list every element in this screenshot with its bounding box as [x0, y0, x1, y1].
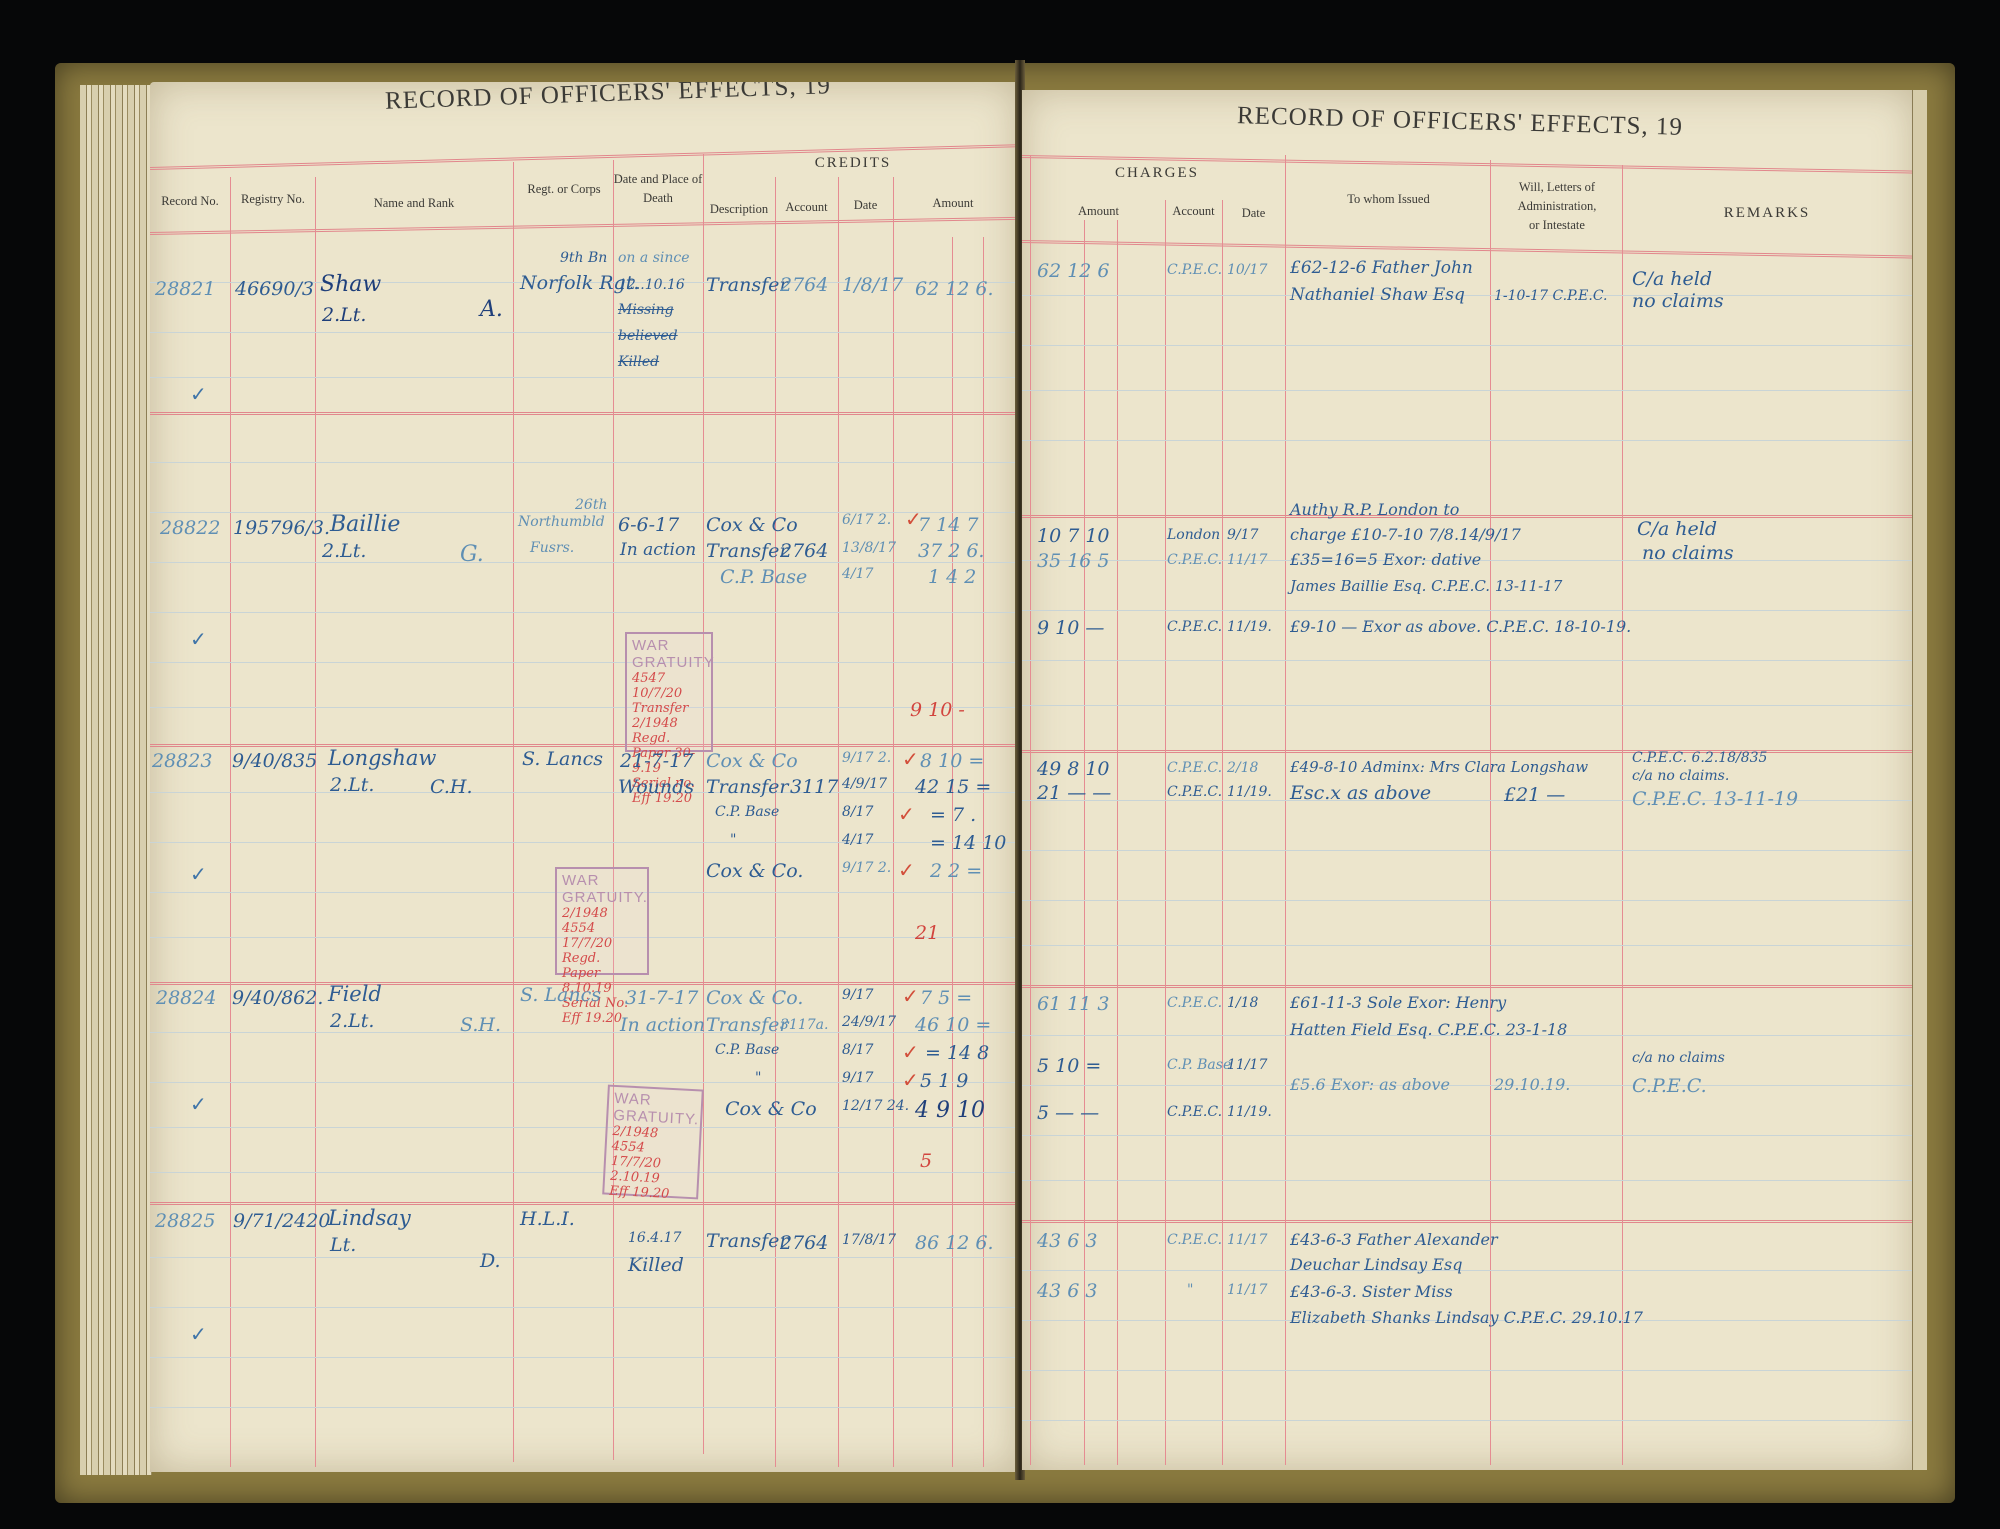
credit-description: " [755, 1070, 761, 1086]
regt: 26th [575, 497, 607, 513]
death: believed [618, 328, 678, 344]
initials: A. [480, 297, 503, 322]
credit-date: 9/17 [842, 1070, 873, 1086]
ruling [150, 1307, 1018, 1308]
credit-amount: 1 4 2 [928, 566, 976, 588]
death: Wounds [618, 776, 694, 798]
remarks: C/a held [1632, 268, 1712, 290]
col-line [838, 177, 839, 1467]
right-page: RECORD OF OFFICERS' EFFECTS, 19 CHARGES … [1022, 90, 1915, 1470]
credit-description: Cox & Co. [706, 860, 803, 882]
header-will: Will, Letters of Administration, or Inte… [1512, 178, 1602, 234]
to-whom-issued: Authy R.P. London to [1290, 500, 1459, 519]
charge-account: C.P.E.C. [1167, 619, 1222, 635]
stamp-line: 2/1948 4554 17/7/20 [611, 1124, 695, 1173]
col-line [513, 162, 514, 1462]
surname: Baillie [330, 512, 400, 537]
stamp-title: WAR GRATUITY. [613, 1090, 697, 1128]
charge-account: C.P. Base [1167, 1057, 1231, 1073]
credit-amount: 8 10 = [920, 750, 984, 772]
charge-account: C.P.E.C. [1167, 262, 1222, 278]
check-mark-icon: ✓ [898, 858, 915, 882]
credit-date: 9/17 2. [842, 860, 891, 876]
header-charge-account: Account [1165, 202, 1222, 221]
to-whom-issued: Elizabeth Shanks Lindsay C.P.E.C. 29.10.… [1290, 1308, 1643, 1327]
surname: Lindsay [328, 1206, 411, 1230]
ruling [150, 707, 1018, 708]
charge-account: C.P.E.C. [1167, 1232, 1222, 1248]
to-whom-issued: £43-6-3 Father Alexander [1290, 1230, 1498, 1249]
credit-date: 9/17 [842, 987, 873, 1003]
ruling [150, 1172, 1018, 1173]
stamp-line: Eff 19.20 [609, 1184, 692, 1203]
war-gratuity-stamp: WAR GRATUITY. 2/1948 4554 17/7/20 Regd. … [555, 867, 649, 975]
to-whom-issued: £62-12-6 Father John [1290, 258, 1473, 278]
charge-account: C.P.E.C. [1167, 784, 1222, 800]
check-mark-icon: ✓ [902, 984, 919, 1008]
check-mark-icon: ✓ [898, 802, 915, 826]
to-whom-issued: £43-6-3. Sister Miss [1290, 1282, 1453, 1301]
charge-date: 11/17 [1227, 1232, 1267, 1248]
charge-account: London [1167, 527, 1220, 543]
credit-amount: 4 9 10 [915, 1098, 985, 1123]
row-divider [150, 744, 1018, 747]
to-whom-issued: Esc.x as above [1290, 782, 1431, 804]
death: In action [620, 540, 696, 560]
charge-account: C.P.E.C. [1167, 1104, 1222, 1120]
header-date: Date [838, 196, 893, 215]
will-entry: 29.10.19. [1494, 1075, 1570, 1094]
surname: Shaw [320, 272, 381, 297]
credit-amount: 7 14 7 [918, 514, 978, 536]
credit-description: Transfer [706, 1014, 788, 1036]
ruling [150, 662, 1018, 663]
row-divider [150, 412, 1018, 415]
ruling [1022, 945, 1915, 946]
charge-date: 11/17 [1227, 1057, 1267, 1073]
credit-date: 1/8/17 [842, 274, 903, 296]
ruling [1022, 1085, 1915, 1086]
registry-no: 46690/3 [235, 278, 314, 300]
ruling [150, 1127, 1018, 1128]
to-whom-issued: £9-10 — Exor as above. C.P.E.C. 18-10-19… [1290, 617, 1631, 636]
charge-date: 9/17 [1227, 527, 1258, 543]
record-no: 28823 [152, 750, 212, 772]
death: Missing [618, 302, 674, 318]
will-entry: 1-10-17 C.P.E.C. [1494, 288, 1607, 304]
registry-no: 9/40/862. [232, 987, 323, 1009]
ruling [150, 792, 1018, 793]
header-record-no: Record No. [150, 192, 230, 211]
credit-description: Transfer [706, 540, 788, 562]
charge-date: 11/17 [1227, 552, 1267, 568]
row-divider [1022, 515, 1915, 518]
remarks: C.P.E.C. [1632, 1075, 1707, 1097]
to-whom-issued: charge £10-7-10 7/8.14/9/17 [1290, 525, 1521, 544]
rank: 2.Lt. [330, 774, 374, 796]
check-mark-icon: ✓ [190, 382, 207, 406]
header-charge-amount: Amount [1032, 202, 1165, 221]
credit-amount-gratuity: 21 [915, 922, 939, 944]
credit-description: Transfer [706, 776, 788, 798]
credit-description: Cox & Co [725, 1098, 817, 1120]
ruling [1022, 1180, 1915, 1181]
credit-date: 13/8/17 [842, 540, 896, 556]
credit-amount: 37 2 6. [918, 540, 984, 562]
credit-date: 4/9/17 [842, 776, 887, 792]
row-divider [150, 1202, 1018, 1205]
to-whom-issued: Nathaniel Shaw Esq [1290, 285, 1465, 305]
credit-amount: 5 1 9 [920, 1070, 968, 1092]
ruling [1022, 1370, 1915, 1371]
credit-description: Transfer [706, 274, 788, 296]
remarks: C.P.E.C. 13-11-19 [1632, 788, 1798, 810]
remarks: C/a held [1637, 518, 1717, 540]
death: Killed [618, 354, 659, 370]
row-divider [1022, 1220, 1915, 1223]
credit-description: " [730, 832, 736, 848]
row-divider [1022, 750, 1915, 753]
ruling [1022, 295, 1915, 296]
to-whom-issued: £61-11-3 Sole Exor: Henry [1290, 993, 1506, 1012]
ruling [1022, 610, 1915, 611]
header-amount: Amount [893, 194, 1013, 213]
charge-account: C.P.E.C. [1167, 552, 1222, 568]
to-whom-issued: James Baillie Esq. C.P.E.C. 13-11-17 [1290, 577, 1562, 595]
check-mark-icon: ✓ [905, 507, 922, 531]
registry-no: 9/71/2420 [233, 1210, 330, 1232]
credit-date: 4/17 [842, 566, 873, 582]
credit-description: C.P. Base [720, 566, 807, 588]
rank: 2.Lt. [322, 540, 366, 562]
rank: 2.Lt. [322, 304, 366, 326]
remarks: c/a no claims [1632, 1050, 1725, 1066]
surname: Field [328, 982, 382, 1006]
to-whom-issued: Deuchar Lindsay Esq [1290, 1255, 1462, 1274]
header-date-place-death: Date and Place of Death [613, 170, 703, 208]
header-regt-corps: Regt. or Corps [515, 180, 613, 199]
rank: Lt. [330, 1234, 356, 1256]
registry-no: 195796/3. [233, 517, 330, 539]
credit-amount: = 14 10 [930, 832, 1006, 854]
surname: Longshaw [328, 746, 436, 770]
header-account: Account [775, 198, 838, 217]
remarks: no claims [1642, 542, 1734, 564]
death: 6-6-17 [618, 514, 679, 536]
credit-description: C.P. Base [715, 1042, 779, 1058]
ruling [1022, 850, 1915, 851]
credit-description: Transfer [706, 1230, 788, 1252]
col-line [893, 177, 894, 1467]
ruling [150, 332, 1018, 333]
charge-date: 11/19. [1227, 619, 1272, 635]
charge-date: 2/18 [1227, 760, 1258, 776]
charge-amount: 9 10 — [1037, 617, 1104, 639]
credit-account: 2764 [780, 540, 828, 562]
charge-amount: 43 6 3 [1037, 1280, 1097, 1302]
credit-amount: = 7 . [930, 804, 976, 826]
ruling [150, 842, 1018, 843]
to-whom-issued: £5.6 Exor: as above [1290, 1075, 1450, 1094]
death: 21-7-17 [620, 750, 693, 772]
stamp-line: 4547 10/7/20 [632, 671, 706, 701]
regt: S. Lancs [522, 748, 603, 770]
check-mark-icon: ✓ [902, 1040, 919, 1064]
to-whom-issued: Hatten Field Esq. C.P.E.C. 23-1-18 [1290, 1020, 1567, 1039]
page-edges [80, 85, 152, 1475]
credit-date: 17/8/17 [842, 1232, 896, 1248]
credit-description: C.P. Base [715, 804, 779, 820]
header-to-whom-issued: To whom Issued [1287, 190, 1490, 209]
ruling [1022, 345, 1915, 346]
col-line [1285, 155, 1286, 1465]
check-mark-icon: ✓ [902, 747, 919, 771]
regt: Fusrs. [530, 540, 574, 556]
charge-amount: 35 16 5 [1037, 550, 1110, 572]
check-mark-icon: ✓ [190, 1322, 207, 1346]
charge-account: C.P.E.C. [1167, 995, 1222, 1011]
ruling [150, 562, 1018, 563]
header-name-rank: Name and Rank [315, 194, 513, 213]
initials: S.H. [460, 1014, 501, 1036]
charge-amount: 43 6 3 [1037, 1230, 1097, 1252]
regt: Northumbld [518, 514, 605, 530]
header-bottom-rule [1022, 240, 1915, 259]
credit-description: Cox & Co. [706, 987, 803, 1009]
credit-amount: 7 5 = [920, 987, 972, 1009]
to-whom-issued: £49-8-10 Adminx: Mrs Clara Longshaw [1290, 758, 1588, 776]
record-no: 28824 [156, 987, 216, 1009]
charge-amount: 61 11 3 [1037, 993, 1110, 1015]
remarks: no claims [1632, 290, 1724, 312]
ruling [150, 377, 1018, 378]
charge-account: " [1187, 1282, 1193, 1298]
check-mark-icon: ✓ [190, 862, 207, 886]
page-title: RECORD OF OFFICERS' EFFECTS, 19 [1237, 102, 1684, 142]
credit-description: Cox & Co [706, 514, 798, 536]
credit-date: 4/17 [842, 832, 873, 848]
header-remarks: REMARKS [1622, 202, 1912, 225]
credit-account: 3117 [790, 776, 838, 798]
record-no: 28822 [160, 517, 220, 539]
ruling [1022, 440, 1915, 441]
ruling [1022, 1420, 1915, 1421]
stamp-line: 2/1948 4554 17/7/20 [562, 906, 642, 951]
header-bottom-rule [150, 217, 1018, 235]
registry-no: 9/40/835 [232, 750, 317, 772]
credit-amount: 42 15 = [915, 776, 991, 798]
credit-date: 8/17 [842, 1042, 873, 1058]
credit-amount: 46 10 = [915, 1014, 991, 1036]
credit-description: Cox & Co [706, 750, 798, 772]
charge-account: C.P.E.C. [1167, 760, 1222, 776]
credit-amount-gratuity: 5 [920, 1150, 932, 1172]
col-line [1084, 220, 1085, 1465]
initials: G. [460, 542, 484, 567]
row-divider [1022, 985, 1915, 988]
header-charge-date: Date [1222, 204, 1285, 223]
death: 16.4.17 [628, 1230, 681, 1246]
charge-date: 1/18 [1227, 995, 1258, 1011]
header-registry-no: Registry No. [232, 190, 314, 209]
col-line [775, 177, 776, 1467]
stamp-title: WAR GRATUITY. [562, 872, 642, 906]
remarks: c/a no claims. [1632, 768, 1729, 784]
ruling [1022, 660, 1915, 661]
death: In action [620, 1014, 705, 1036]
credit-amount: = 14 8 [925, 1042, 989, 1064]
credit-account: 2764 [780, 1232, 828, 1254]
war-gratuity-stamp: WAR GRATUITY. 2/1948 4554 17/7/20 2.10.1… [602, 1085, 704, 1200]
record-no: 28825 [155, 1210, 215, 1232]
ruling [1022, 900, 1915, 901]
charge-date: 11/17 [1227, 1282, 1267, 1298]
ruling [150, 1407, 1018, 1408]
credit-amount: 62 12 6. [915, 278, 994, 300]
ruling [150, 612, 1018, 613]
regt: S. Lancs [520, 984, 601, 1006]
page-title: RECORD OF OFFICERS' EFFECTS, 19 [385, 82, 832, 116]
ruling [1022, 705, 1915, 706]
col-line [1117, 220, 1118, 1465]
ruling [1022, 390, 1915, 391]
col-line [230, 177, 231, 1467]
will-entry: £21 — [1504, 784, 1565, 806]
regt: 9th Bn [560, 250, 607, 266]
charge-amount: 5 — — [1037, 1102, 1099, 1124]
ruling [150, 1357, 1018, 1358]
remarks: C.P.E.C. 6.2.18/835 [1632, 750, 1767, 766]
credit-amount: 86 12 6. [915, 1232, 994, 1254]
charge-date: 11/19. [1227, 1104, 1272, 1120]
credit-date: 9/17 2. [842, 750, 891, 766]
col-line [613, 160, 614, 1460]
header-description: Description [703, 200, 775, 219]
check-mark-icon: ✓ [190, 1092, 207, 1116]
charge-amount: 5 10 = [1037, 1055, 1101, 1077]
credit-amount: 2 2 = [930, 860, 982, 882]
ruling [1022, 1270, 1915, 1271]
left-page: RECORD OF OFFICERS' EFFECTS, 19 Record N… [150, 82, 1018, 1472]
credit-account: 3117a. [780, 1017, 828, 1033]
charge-amount: 62 12 6 [1037, 260, 1110, 282]
col-line [1030, 155, 1031, 1465]
initials: D. [480, 1250, 501, 1272]
charge-amount: 21 — — [1037, 782, 1111, 804]
ruling [150, 1032, 1018, 1033]
credit-date: 6/17 2. [842, 512, 891, 528]
ruling [1022, 1135, 1915, 1136]
stamp-line: Transfer 2/1948 [632, 701, 706, 731]
ruling [150, 1082, 1018, 1083]
stamp-title: WAR GRATUITY [632, 637, 706, 671]
record-no: 28821 [155, 278, 215, 300]
charge-amount: 49 8 10 [1037, 758, 1110, 780]
charge-date: 10/17 [1227, 262, 1267, 278]
initials: C.H. [430, 776, 473, 798]
credit-account: 2764 [780, 274, 828, 296]
to-whom-issued: £35=16=5 Exor: dative [1290, 550, 1481, 569]
check-mark-icon: ✓ [190, 627, 207, 651]
page-edge-right [1912, 90, 1927, 1470]
header-credits: CREDITS [703, 152, 1003, 175]
charge-amount: 10 7 10 [1037, 525, 1110, 547]
death: 12..10.16 [618, 277, 685, 293]
credit-amount-gratuity: 9 10 - [910, 699, 965, 721]
ruling [150, 462, 1018, 463]
credit-date: 12/17 24. [842, 1098, 909, 1114]
charge-date: 11/19. [1227, 784, 1272, 800]
regt: H.L.I. [520, 1208, 575, 1230]
ruling [150, 1257, 1018, 1258]
header-charges: CHARGES [1032, 162, 1282, 185]
credit-date: 8/17 [842, 804, 873, 820]
death: 31-7-17 [625, 987, 698, 1009]
death: Killed [628, 1254, 684, 1276]
war-gratuity-stamp: WAR GRATUITY 4547 10/7/20 Transfer 2/194… [625, 632, 713, 752]
col-line [315, 177, 316, 1467]
rank: 2.Lt. [330, 1010, 374, 1032]
check-mark-icon: ✓ [902, 1068, 919, 1092]
credit-date: 24/9/17 [842, 1014, 896, 1030]
death: on a since [618, 250, 690, 266]
